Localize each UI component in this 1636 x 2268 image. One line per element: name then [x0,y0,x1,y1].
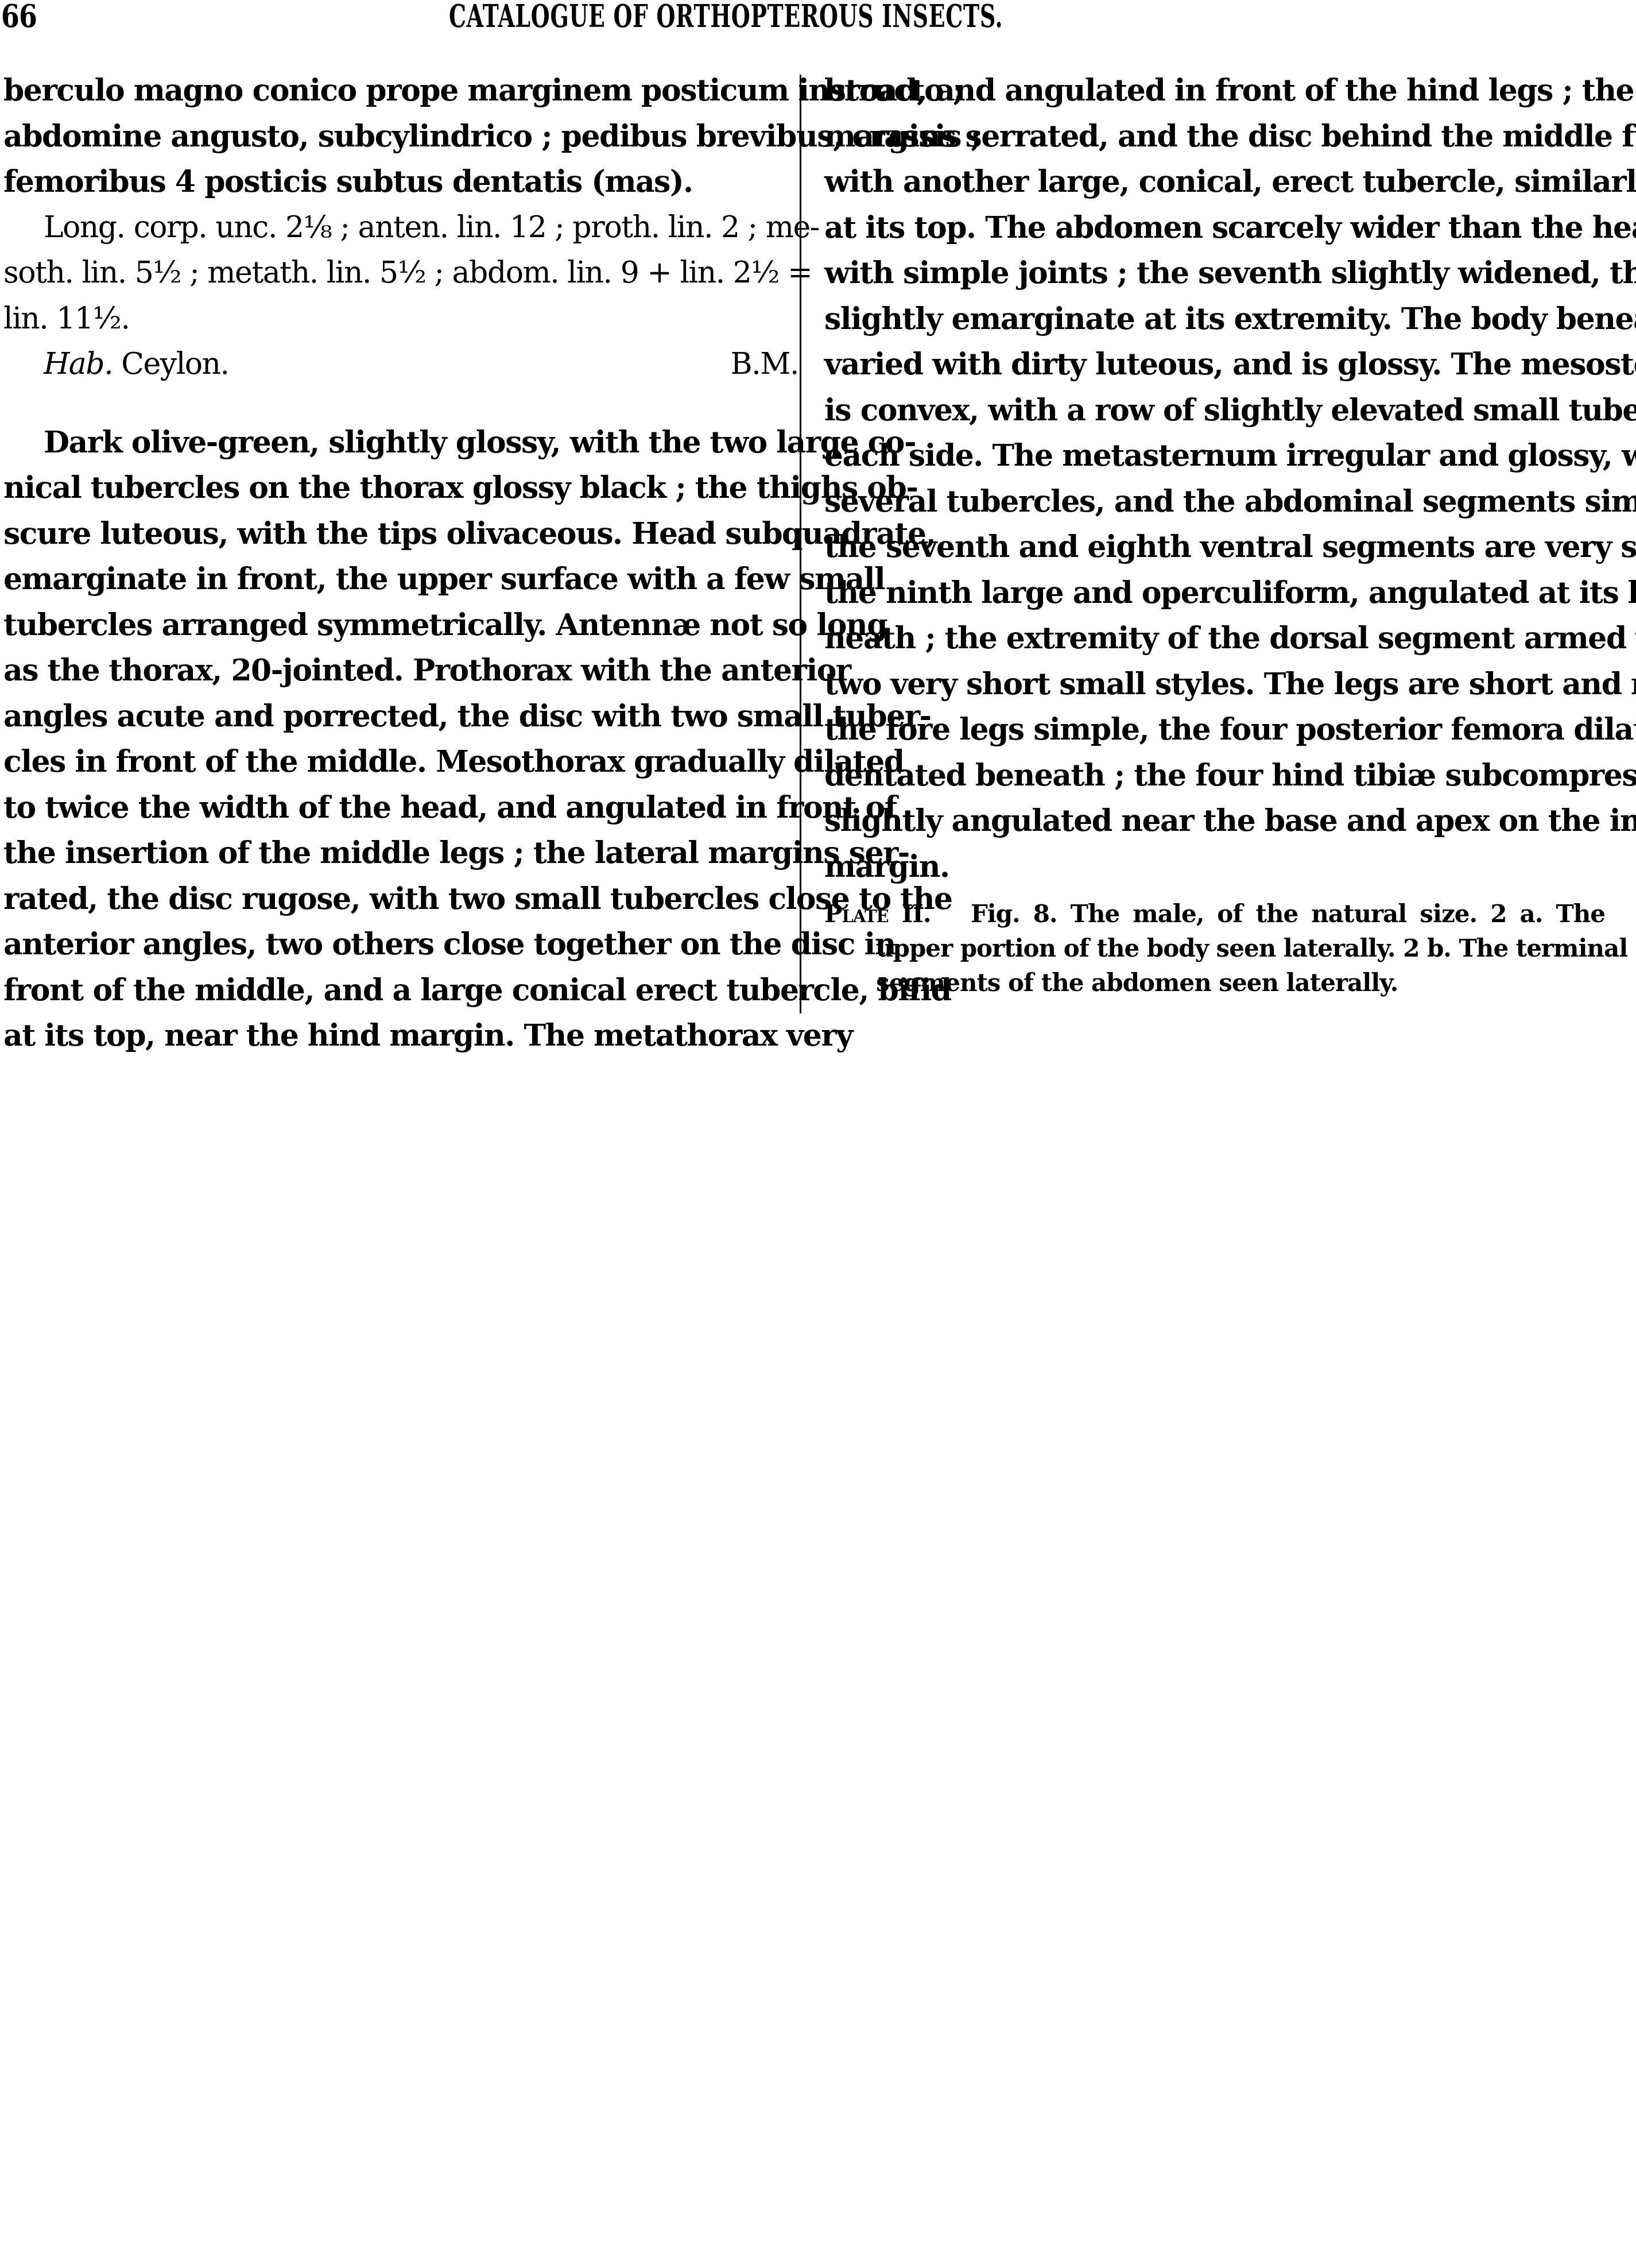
description-line: is convex, with a row of slightly elevat… [824,388,1605,434]
running-head: 66 CATALOGUE OF ORTHOPTEROUS INSECTS. [0,0,1636,34]
description-line: emarginate in front, the upper surface w… [3,556,798,602]
column-divider [800,75,801,1013]
description-line: varied with dirty luteous, and is glossy… [824,342,1605,388]
description-line: Dark olive-green, slightly glossy, with … [3,420,798,466]
left-column: berculo magno conico prope marginem post… [3,68,798,1059]
description-line: the ninth large and operculiform, angula… [824,570,1605,616]
description-line: margins serrated, and the disc behind th… [824,114,1605,160]
caption-line: upper portion of the body seen laterally… [824,931,1605,966]
habitat-label: Hab. [44,347,113,381]
description-line: with another large, conical, erect tuber… [824,159,1605,205]
description-line: dentated beneath ; the four hind tibiæ s… [824,753,1605,799]
description-line: at its top, near the hind margin. The me… [3,1013,798,1059]
latin-line: berculo magno conico prope marginem post… [3,68,798,114]
description-line: two very short small styles. The legs ar… [824,661,1605,707]
description-line: slightly emarginate at its extremity. Th… [824,296,1605,342]
running-title: CATALOGUE OF ORTHOPTEROUS INSECTS. [449,0,1003,34]
collection-abbrev: B.M. [730,342,798,388]
description-line: broad, and angulated in front of the hin… [824,68,1605,114]
measurements-line: lin. 11½. [3,296,798,342]
description-line: neath ; the extremity of the dorsal segm… [824,616,1605,661]
caption-line: segments of the abdomen seen laterally. [824,966,1605,1000]
description-line: several tubercles, and the abdominal seg… [824,479,1605,525]
habitat-line: Hab. Ceylon. B.M. [3,342,798,388]
measurements-line: soth. lin. 5½ ; metath. lin. 5½ ; abdom.… [3,250,798,296]
caption-line: Plate II. Fig. 8. The male, of the natur… [824,897,1605,931]
plate-caption: Plate II. Fig. 8. The male, of the natur… [824,897,1605,1000]
description-line: scure luteous, with the tips olivaceous.… [3,511,798,557]
description-line: rated, the disc rugose, with two small t… [3,876,798,922]
description-line: at its top. The abdomen scarcely wider t… [824,205,1605,251]
page-number: 66 [1,0,37,34]
description-line: the fore legs simple, the four posterior… [824,707,1605,753]
habitat-locality: Ceylon. [121,347,228,381]
description-line: angles acute and porrected, the disc wit… [3,694,798,740]
description-line: slightly angulated near the base and ape… [824,798,1605,844]
latin-line: abdomine angusto, subcylindrico ; pedibu… [3,114,798,160]
plate-label: Plate II. [824,900,931,928]
description-line: the insertion of the middle legs ; the l… [3,830,798,876]
description-line: with simple joints ; the seventh slightl… [824,250,1605,296]
description-line: margin. [824,844,1605,890]
latin-line: femoribus 4 posticis subtus dentatis (ma… [3,159,798,205]
document-page: 66 CATALOGUE OF ORTHOPTEROUS INSECTS. be… [0,0,1636,2268]
description-line: cles in front of the middle. Mesothorax … [3,739,798,785]
description-line: to twice the width of the head, and angu… [3,785,798,831]
description-line: tubercles arranged symmetrically. Antenn… [3,602,798,648]
description-line: each side. The metasternum irregular and… [824,433,1605,479]
measurements-line: Long. corp. unc. 2⅛ ; anten. lin. 12 ; p… [3,205,798,251]
description-line: anterior angles, two others close togeth… [3,922,798,967]
right-column: broad, and angulated in front of the hin… [824,68,1605,889]
paragraph-gap [3,388,798,420]
description-line: nical tubercles on the thorax glossy bla… [3,465,798,511]
description-line: the seventh and eighth ventral segments … [824,524,1605,570]
habitat-group: Hab. Ceylon. [44,342,229,388]
caption-text: Fig. 8. The male, of the natural size. 2… [971,900,1605,928]
description-line: front of the middle, and a large conical… [3,967,798,1013]
description-line: as the thorax, 20-jointed. Prothorax wit… [3,648,798,694]
